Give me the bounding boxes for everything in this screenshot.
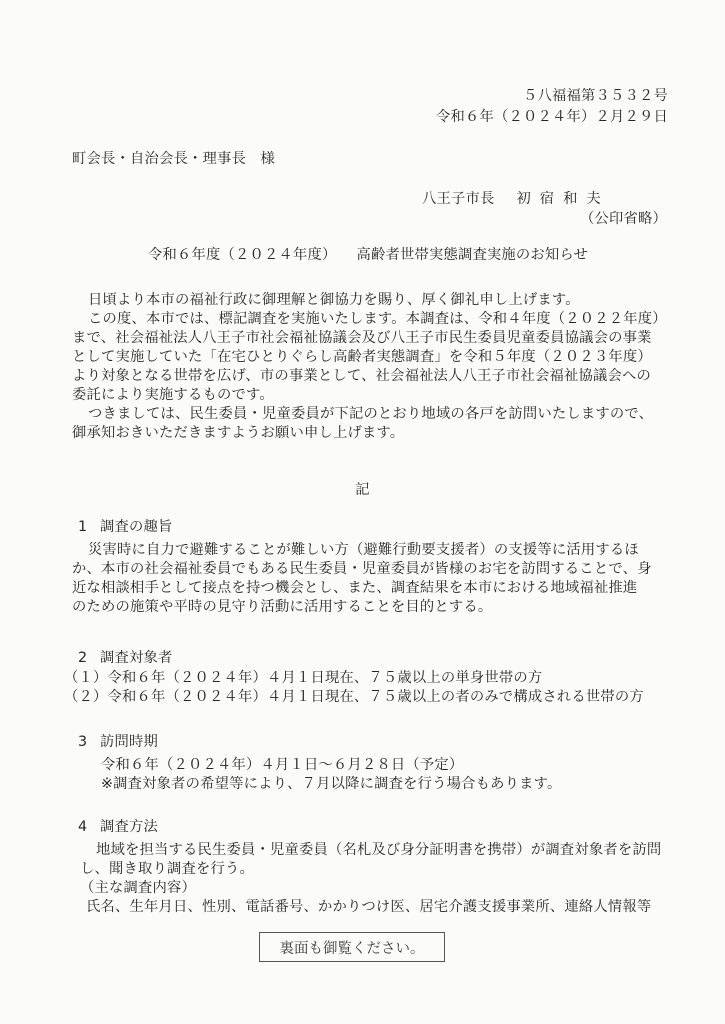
section-number: 3 (78, 733, 100, 752)
section-number: 4 (78, 818, 100, 837)
section-line: 令和６年（２０２４年）４月１日～６月２８日（予定） (101, 756, 561, 775)
title-year: 令和６年度（２０２４年度） (148, 247, 336, 263)
section-heading: 1調査の趣旨 (78, 518, 172, 537)
section-line: （主な調査内容） (80, 879, 661, 898)
section-line: 近な相談相手として接点を持つ機会とし、また、調査結果を本市における地域福祉推進 (72, 579, 652, 598)
section-title: 訪問時期 (100, 734, 158, 750)
notice-text: 裏面も御覧ください。 (280, 937, 425, 958)
section-number: 2 (78, 649, 100, 668)
section-body: 令和６年（２０２４年）４月１日～６月２８日（予定） ※調査対象者の希望等により、… (101, 756, 561, 794)
intro-line: 御承知おきいただきますようお願い申し上げます。 (72, 424, 652, 443)
section-line: （２）令和６年（２０２４年）４月１日現在、７５歳以上の者のみで構成される世帯の方 (64, 688, 644, 707)
sender-name: 初宿和夫 (516, 191, 609, 207)
section-body: 災害時に自力で避難することが難しい方（避難行動要支援者）の支援等に活用するほ か… (72, 541, 652, 617)
section-line: ※調査対象者の希望等により、７月以降に調査を行う場合もあります。 (101, 775, 561, 794)
intro-line: より対象となる世帯を広げ、市の事業として、社会福祉法人八王子市社会福祉協議会への (72, 367, 652, 386)
intro-line: まで、社会福祉法人八王子市社会福祉協議会及び八王子市民生委員児童委員協議会の事業 (72, 329, 652, 348)
intro-line: この度、本市では、標記調査を実施いたします。本調査は、令和４年度（２０２２年度） (72, 310, 652, 329)
section-line: 災害時に自力で避難することが難しい方（避難行動要支援者）の支援等に活用するほ (72, 541, 652, 560)
intro-line: つきましては、民生委員・児童委員が下記のとおり地域の各戸を訪問いたしますので、 (72, 405, 652, 424)
section-heading: 2調査対象者 (78, 649, 172, 668)
section-title: 調査の趣旨 (100, 519, 172, 535)
section-title: 調査対象者 (100, 650, 172, 666)
section-line: か、本市の社会福祉委員でもある民生委員・児童委員が皆様のお宅を訪問することで、身 (72, 560, 652, 579)
section-number: 1 (78, 518, 100, 537)
intro-line: として実施していた「在宅ひとりぐらし高齢者実態調査」を令和５年度（２０２３年度） (72, 348, 652, 367)
seal-note: （公印省略） (580, 210, 667, 229)
section-title: 調査方法 (100, 819, 158, 835)
sender: 八王子市長初宿和夫 (422, 190, 610, 209)
document-number: ５八福福第３５３２号 (523, 87, 668, 106)
section-line: 地域を担当する民生委員・児童委員（名札及び身分証明書を携帯）が調査対象者を訪問 (80, 841, 661, 860)
section-line: し、聞き取り調査を行う。 (80, 860, 661, 879)
intro-paragraph: 日頃より本市の福祉行政に御理解と御協力を賜り、厚く御礼申し上げます。 この度、本… (72, 291, 652, 443)
section-body: 地域を担当する民生委員・児童委員（名札及び身分証明書を携帯）が調査対象者を訪問 … (80, 841, 661, 917)
document-title: 令和６年度（２０２４年度）高齢者世帯実態調査実施のお知らせ (148, 246, 588, 265)
reverse-side-notice: 裏面も御覧ください。 (259, 932, 445, 962)
intro-line: 委託により実施するものです。 (72, 386, 652, 405)
ki-heading: 記 (0, 481, 725, 500)
section-line: （１）令和６年（２０２４年）４月１日現在、７５歳以上の単身世帯の方 (64, 669, 644, 688)
section-body: （１）令和６年（２０２４年）４月１日現在、７５歳以上の単身世帯の方 （２）令和６… (64, 669, 644, 707)
section-heading: 4調査方法 (78, 818, 158, 837)
section-heading: 3訪問時期 (78, 733, 158, 752)
intro-line: 日頃より本市の福祉行政に御理解と御協力を賜り、厚く御礼申し上げます。 (72, 291, 652, 310)
section-line: 氏名、生年月日、性別、電話番号、かかりつけ医、居宅介護支援事業所、連絡人情報等 (80, 898, 661, 917)
sender-title: 八王子市長 (422, 191, 494, 207)
document-date: 令和６年（２０２４年）２月２９日 (436, 108, 668, 127)
title-main: 高齢者世帯実態調査実施のお知らせ (356, 247, 588, 263)
recipient: 町会長・自治会長・理事長 様 (72, 150, 275, 169)
section-line: のための施策や平時の見守り活動に活用することを目的とする。 (72, 598, 652, 617)
